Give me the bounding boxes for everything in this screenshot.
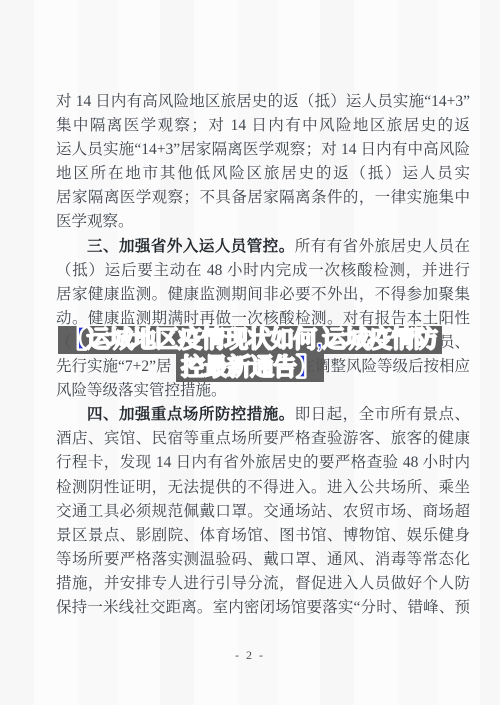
body-line-partially-hidden: （员、 bbox=[56, 331, 470, 355]
body-line: 景区景点、影剧院、体育场馆、图书馆、博物馆、娱乐健身场所 bbox=[56, 524, 470, 548]
body-line: 交通工具必须规范佩戴口罩。交通场站、农贸市场、商场超市、 bbox=[56, 500, 470, 524]
body-line: 动。健康监测期满时再做一次核酸检测。对有报告本土阳性病例 bbox=[56, 307, 470, 331]
body-line-split-by-overlay: 先行实施“7+2”居在调整风险等级后按相应 bbox=[56, 355, 470, 379]
body-line: 措施，并安排专人进行引导分流，督促进入人员做好个人防护， bbox=[56, 572, 470, 596]
page-number: - 2 - bbox=[0, 648, 500, 663]
body-line: 集中隔离医学观察；对 14 日内有中风险地区旅居史的返（抵） bbox=[56, 114, 470, 138]
hidden-line-right-fragment: 员、 bbox=[439, 331, 470, 355]
body-line: 行程卡，发现 14 日内有省外旅居史的要严格查验 48 小时内核酸 bbox=[56, 451, 470, 475]
scanned-document-page: 对 14 日内有高风险地区旅居史的返（抵）运人员实施“14+3” 集中隔离医学观… bbox=[0, 0, 500, 705]
split-line-right-fragment: 在调整风险等级后按相应 bbox=[299, 355, 470, 379]
body-line: 居家健康监测。健康监测期间非必要不外出，不得参加聚集性活 bbox=[56, 283, 470, 307]
section-4-title: 四、加强重点场所防控措施。 bbox=[87, 406, 295, 423]
body-line: （抵）运后要主动在 48 小时内完成一次核酸检测，并进行 14 天 bbox=[56, 259, 470, 283]
body-line: 检测阴性证明，无法提供的不得进入。进入公共场所、乘坐公共 bbox=[56, 476, 470, 500]
split-line-left-fragment: 先行实施“7+2”居 bbox=[56, 355, 172, 379]
body-line: 保持一米线社交距离。室内密闭场馆要落实“分时、错峰、预约” bbox=[56, 596, 470, 620]
body-line: 运人员实施“14+3”居家隔离医学观察；对 14 日内有中高风险 bbox=[56, 138, 470, 162]
body-line: 等场所要严格落实测温验码、戴口罩、通风、消毒等常态化防控 bbox=[56, 548, 470, 572]
body-line: 地区所在地市其他低风险区旅居史的返（抵）运人员实施“7+2” bbox=[56, 162, 470, 186]
body-line: 医学观察。 bbox=[56, 210, 470, 234]
body-line: 风险等级落实管控措施。 bbox=[56, 379, 470, 403]
body-line: 酒店、宾馆、民宿等重点场所要严格查验游客、旅客的健康码和 bbox=[56, 427, 470, 451]
body-line: 居家隔离医学观察；不具备居家隔离条件的，一律实施集中隔离 bbox=[56, 186, 470, 210]
section-heading-line-4: 四、加强重点场所防控措施。即日起，全市所有景点、景区、 bbox=[56, 403, 470, 427]
document-body: 对 14 日内有高风险地区旅居史的返（抵）运人员实施“14+3” 集中隔离医学观… bbox=[56, 90, 470, 620]
hidden-line-left-fragment: （ bbox=[56, 331, 72, 355]
body-line: 对 14 日内有高风险地区旅居史的返（抵）运人员实施“14+3” bbox=[56, 90, 470, 114]
section-heading-line-3: 三、加强省外入运人员管控。所有有省外旅居史人员在返 bbox=[56, 235, 470, 259]
section-3-title: 三、加强省外入运人员管控。 bbox=[87, 238, 295, 255]
